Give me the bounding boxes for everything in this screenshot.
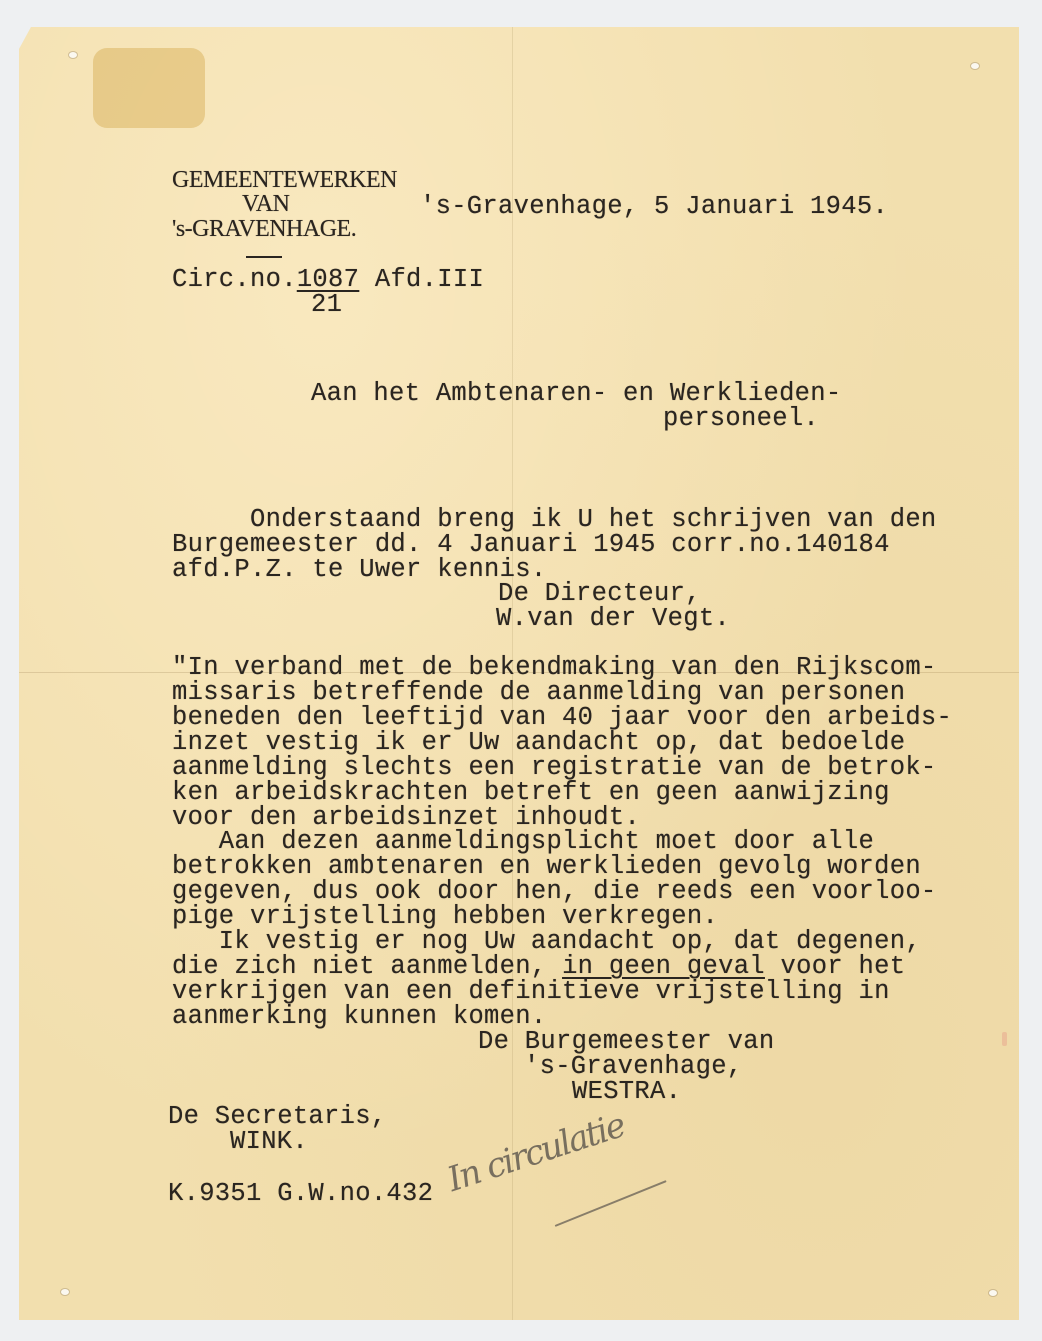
punch-hole-bottom-right: [989, 1290, 997, 1296]
circular-reference: Circ.no.1087 Afd.III: [172, 267, 484, 292]
quoted-line: missaris betreffende de aanmelding van p…: [172, 680, 905, 705]
quoted-line: ken arbeidskrachten betreft en geen aanw…: [172, 780, 890, 805]
quoted-line: inzet vestig ik er Uw aandacht op, dat b…: [172, 730, 905, 755]
mayor-title: De Burgemeester van: [478, 1029, 774, 1054]
circular-prefix: Circ.no.: [172, 265, 297, 294]
mayor-city: 's-Gravenhage,: [524, 1054, 742, 1079]
archive-stamp: [93, 48, 205, 128]
letterhead-divider: [246, 256, 282, 258]
quoted-line: aanmelding slechts een registratie van d…: [172, 755, 937, 780]
letterhead-line-1: GEMEENTEWERKEN: [172, 168, 397, 193]
circular-denominator: 21: [311, 292, 342, 317]
director-name: W.van der Vegt.: [496, 606, 730, 631]
punch-hole-top-left: [69, 52, 77, 58]
quoted-line: verkrijgen van een definitieve vrijstell…: [172, 979, 890, 1004]
letterhead-line-2: VAN: [242, 192, 289, 217]
quoted-line: aanmerking kunnen komen.: [172, 1004, 546, 1029]
quoted-line: pige vrijstelling hebben verkregen.: [172, 904, 718, 929]
red-stain: [1002, 1032, 1007, 1046]
punch-hole-bottom-left: [61, 1289, 69, 1295]
quoted-line: betrokken ambtenaren en werklieden gevol…: [172, 854, 921, 879]
quoted-line: "In verband met de bekendmaking van den …: [172, 655, 937, 680]
quoted-line-emphasis: die zich niet aanmelden, in geen geval v…: [172, 954, 905, 979]
quoted-line: beneden den leeftijd van 40 jaar voor de…: [172, 705, 952, 730]
secretary-name: WINK.: [230, 1129, 308, 1154]
quoted-line: gegeven, dus ook door hen, die reeds een…: [172, 879, 937, 904]
addressee-line-1: Aan het Ambtenaren- en Werklieden-: [311, 381, 841, 406]
intro-line: afd.P.Z. te Uwer kennis.: [172, 557, 546, 582]
secretary-title: De Secretaris,: [168, 1104, 386, 1129]
circular-department: Afd.III: [359, 265, 484, 294]
quoted-line: Aan dezen aanmeldingsplicht moet door al…: [172, 829, 874, 854]
quoted-line: Ik vestig er nog Uw aandacht op, dat deg…: [172, 929, 921, 954]
place-date: 's-Gravenhage, 5 Januari 1945.: [420, 194, 888, 219]
reference-number: K.9351 G.W.no.432: [168, 1181, 433, 1206]
addressee-line-2: personeel.: [663, 406, 819, 431]
mayor-name: WESTRA.: [572, 1079, 681, 1104]
director-title: De Directeur,: [498, 581, 701, 606]
intro-line: Onderstaand breng ik U het schrijven van…: [172, 507, 937, 532]
punch-hole-top-right: [971, 63, 979, 69]
intro-line: Burgemeester dd. 4 Januari 1945 corr.no.…: [172, 532, 890, 557]
letterhead-line-3: 's-GRAVENHAGE.: [172, 217, 356, 242]
